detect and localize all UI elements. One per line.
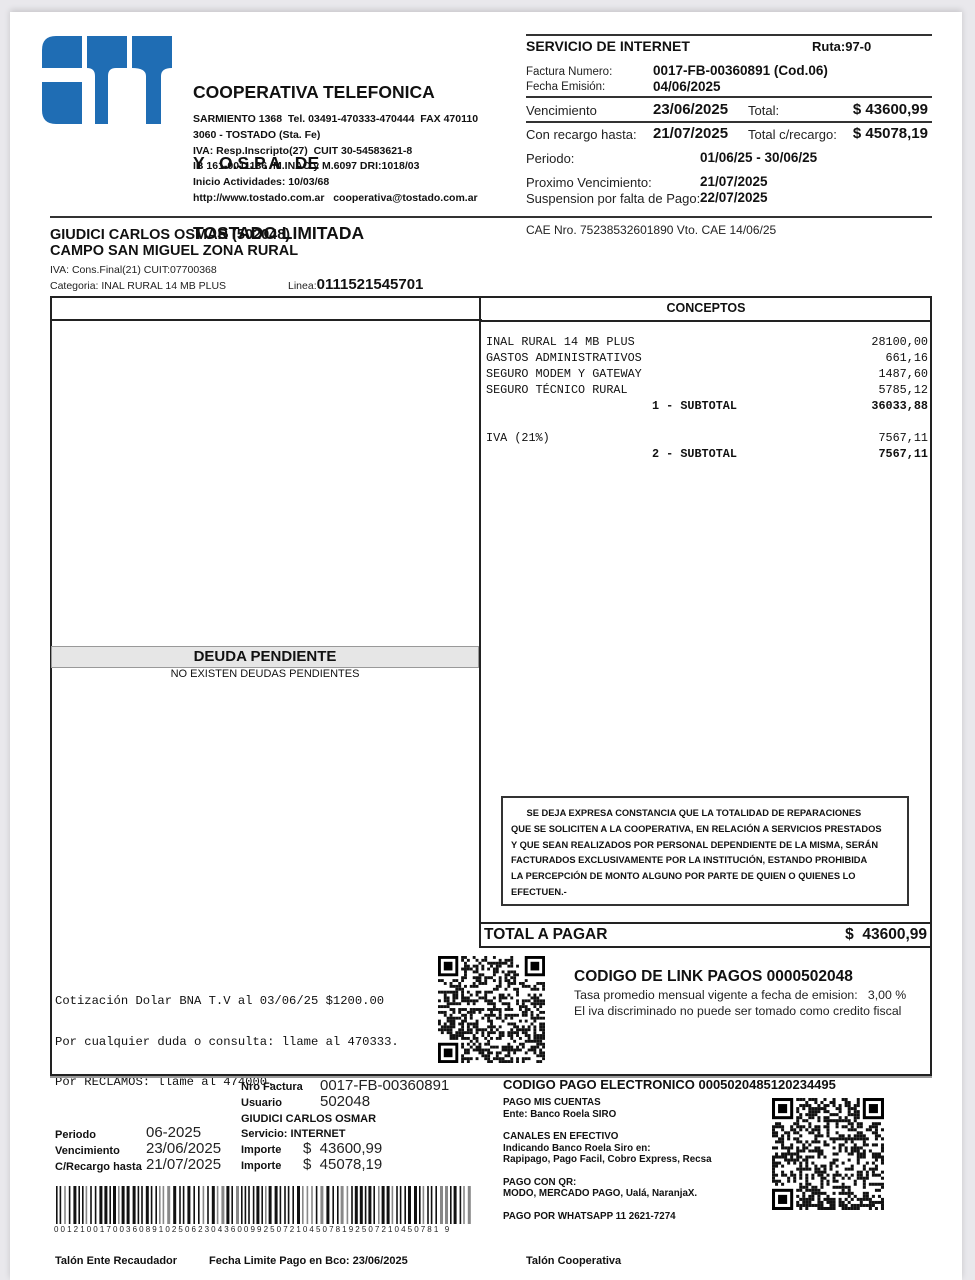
qr-code-icon[interactable] xyxy=(772,1098,884,1210)
qr-pay-title: PAGO CON QR: xyxy=(503,1177,712,1189)
divider xyxy=(479,296,481,948)
total-recargo-label: Total c/recargo: xyxy=(748,127,837,142)
notice-line: FACTURADOS EXCLUSIVAMENTE POR LA INSTITU… xyxy=(511,853,899,869)
concept-label: SEGURO MODEM Y GATEWAY xyxy=(486,366,642,382)
subtotal-value: 36033,88 xyxy=(871,398,928,414)
total-a-pagar-value: $ 43600,99 xyxy=(845,926,927,944)
link-pagos-code: CODIGO DE LINK PAGOS 0000502048 xyxy=(574,968,853,986)
mis-cuentas-text: Ente: Banco Roela SIRO xyxy=(503,1109,712,1121)
concept-amount: 1487,60 xyxy=(878,366,928,382)
stub-recargo-value: 21/07/2025 xyxy=(146,1156,221,1173)
payment-channels: PAGO MIS CUENTAS Ente: Banco Roela SIRO … xyxy=(503,1097,712,1222)
suspension-value: 22/07/2025 xyxy=(700,190,768,205)
divider xyxy=(50,216,932,218)
concept-row: SEGURO TÉCNICO RURAL5785,12 xyxy=(486,382,928,398)
stub-recargo-label: C/Recargo hasta xyxy=(55,1161,142,1173)
stub-periodo-label: Periodo xyxy=(55,1129,96,1141)
company-iva: IVA: Resp.Inscripto(27) CUIT 30-54583621… xyxy=(193,144,478,160)
company-city: 3060 - TOSTADO (Sta. Fe) xyxy=(193,128,478,144)
stub-nro-factura-value: 0017-FB-00360891 xyxy=(320,1077,449,1094)
notice-line: LA PERCEPCIÓN DE MONTO ALGUNO POR PARTE … xyxy=(511,869,899,885)
dolar-quote: Cotización Dolar BNA T.V al 03/06/25 $12… xyxy=(55,995,399,1009)
stub-vencimiento-value: 23/06/2025 xyxy=(146,1140,221,1157)
talon-ente-recaudador: Talón Ente Recaudador xyxy=(55,1255,177,1267)
efectivo-channels: Rapipago, Pago Facil, Cobro Express, Rec… xyxy=(503,1154,712,1166)
stub-importe-value: $ 43600,99 xyxy=(303,1140,382,1157)
total-recargo-value: $ 45078,19 xyxy=(853,125,928,142)
linea: Linea:0111521545701 xyxy=(288,276,423,294)
divider xyxy=(50,319,482,321)
company-info: SARMIENTO 1368 Tel. 03491-470333-470444 … xyxy=(193,112,478,207)
stub-client-name: GIUDICI CARLOS OSMAR xyxy=(241,1113,376,1125)
stub-vencimiento-label: Vencimiento xyxy=(55,1145,120,1157)
divider xyxy=(526,121,932,123)
service-title: SERVICIO DE INTERNET xyxy=(526,38,690,54)
notice-line: Y QUE SEAN REALIZADOS POR PERSONAL DEPEN… xyxy=(511,838,899,854)
vencimiento-label: Vencimiento xyxy=(526,103,597,118)
prox-venc-value: 21/07/2025 xyxy=(700,174,768,189)
stub-importe-recargo-value: $ 45078,19 xyxy=(303,1156,382,1173)
subtotal-value: 7567,11 xyxy=(878,446,928,462)
company-name-line: COOPERATIVA TELEFONICA xyxy=(193,81,435,105)
qr-code-icon[interactable] xyxy=(438,956,545,1063)
codigo-pago-electronico: CODIGO PAGO ELECTRONICO 0005020485120234… xyxy=(503,1077,836,1092)
tasa-promedio: Tasa promedio mensual vigente a fecha de… xyxy=(574,988,906,1004)
client-name: GIUDICI CARLOS OSMAR (502048) xyxy=(50,227,298,243)
iva-row: IVA (21%)7567,11 xyxy=(486,430,928,446)
subtotal-label: 2 - SUBTOTAL xyxy=(486,446,737,462)
company-inicio: Inicio Actividades: 10/03/68 xyxy=(193,175,478,191)
deuda-pendiente-header: DEUDA PENDIENTE xyxy=(51,646,479,668)
subtotal-label: 1 - SUBTOTAL xyxy=(486,398,737,414)
notice-line: QUE SE SOLICITEN A LA COOPERATIVA, EN RE… xyxy=(511,822,899,838)
consulta-phone: Por cualquier duda o consulta: llame al … xyxy=(55,1036,399,1050)
stub-periodo-value: 06-2025 xyxy=(146,1124,201,1141)
fecha-limite-banco: Fecha Limite Pago en Bco: 23/06/2025 xyxy=(209,1255,408,1267)
divider xyxy=(526,96,932,98)
company-web[interactable]: http://www.tostado.com.ar cooperativa@to… xyxy=(193,191,478,207)
efectivo-title: CANALES EN EFECTIVO xyxy=(503,1131,712,1143)
invoice-page: COOPERATIVA TELEFONICA Y O.S.P.A DE TOST… xyxy=(10,12,962,1280)
suspension-label: Suspension por falta de Pago: xyxy=(526,191,700,206)
periodo-label: Periodo: xyxy=(526,151,574,166)
conceptos-list: INAL RURAL 14 MB PLUS28100,00 GASTOS ADM… xyxy=(486,334,928,462)
concept-row: GASTOS ADMINISTRATIVOS661,16 xyxy=(486,350,928,366)
linea-value: 0111521545701 xyxy=(317,276,424,293)
periodo-value: 01/06/25 - 30/06/25 xyxy=(700,150,817,165)
emision-label: Fecha Emisión: xyxy=(526,81,605,93)
concept-label: SEGURO TÉCNICO RURAL xyxy=(486,382,628,398)
prox-venc-label: Proximo Vencimiento: xyxy=(526,175,652,190)
concept-row: SEGURO MODEM Y GATEWAY1487,60 xyxy=(486,366,928,382)
cae: CAE Nro. 75238532601890 Vto. CAE 14/06/2… xyxy=(526,223,776,237)
company-ib: IB 161-0011136 M.INAC y M.6097 DRI:1018/… xyxy=(193,159,478,175)
divider xyxy=(526,34,932,36)
client-iva: IVA: Cons.Final(21) CUIT:07700368 xyxy=(50,264,217,276)
ruta: Ruta:97-0 xyxy=(812,39,871,54)
ctt-logo-icon xyxy=(42,36,172,124)
notice-line: SE DEJA EXPRESA CONSTANCIA QUE LA TOTALI… xyxy=(511,806,899,822)
legal-notice: SE DEJA EXPRESA CONSTANCIA QUE LA TOTALI… xyxy=(501,796,909,906)
subtotal-row: 1 - SUBTOTAL36033,88 xyxy=(486,398,928,414)
conceptos-header: CONCEPTOS xyxy=(480,296,932,322)
stub-usuario-value: 502048 xyxy=(320,1093,370,1110)
iva-note: El iva discriminado no puede ser tomado … xyxy=(574,1004,906,1020)
qr-pay-apps: MODO, MERCADO PAGO, Ualá, NaranjaX. xyxy=(503,1188,712,1200)
recargo-value: 21/07/2025 xyxy=(653,125,728,142)
stub-usuario-label: Usuario xyxy=(241,1097,282,1109)
recargo-label: Con recargo hasta: xyxy=(526,127,637,142)
concept-row: INAL RURAL 14 MB PLUS28100,00 xyxy=(486,334,928,350)
concept-label: GASTOS ADMINISTRATIVOS xyxy=(486,350,642,366)
iva-label: IVA (21%) xyxy=(486,430,550,446)
emision-value: 04/06/2025 xyxy=(653,79,721,94)
concept-amount: 28100,00 xyxy=(871,334,928,350)
barcode-icon xyxy=(54,1186,474,1224)
client-block: GIUDICI CARLOS OSMAR (502048) CAMPO SAN … xyxy=(50,227,298,259)
linea-label: Linea: xyxy=(288,280,317,292)
total-a-pagar-label: TOTAL A PAGAR xyxy=(484,926,607,944)
vencimiento-value: 23/06/2025 xyxy=(653,101,728,118)
stub-servicio: Servicio: INTERNET xyxy=(241,1128,346,1140)
iva-amount: 7567,11 xyxy=(878,430,928,446)
stub-nro-factura-label: Nro Factura xyxy=(241,1081,303,1093)
mis-cuentas-title: PAGO MIS CUENTAS xyxy=(503,1097,712,1109)
talon-cooperativa: Talón Cooperativa xyxy=(526,1255,621,1267)
concept-amount: 5785,12 xyxy=(878,382,928,398)
barcode-number: 0012100170036089102506230436009925072104… xyxy=(54,1225,474,1234)
concept-label: INAL RURAL 14 MB PLUS xyxy=(486,334,635,350)
factura-value: 0017-FB-00360891 (Cod.06) xyxy=(653,63,828,78)
total-value: $ 43600,99 xyxy=(853,101,928,118)
subtotal-row: 2 - SUBTOTAL7567,11 xyxy=(486,446,928,462)
total-label: Total: xyxy=(748,103,779,118)
factura-label: Factura Numero: xyxy=(526,66,612,78)
notice-line: EFECTUEN.- xyxy=(511,885,899,901)
total-a-pagar: TOTAL A PAGAR $ 43600,99 xyxy=(479,922,932,948)
whatsapp-pay[interactable]: PAGO POR WHATSAPP 11 2621-7274 xyxy=(503,1211,712,1223)
concept-amount: 661,16 xyxy=(886,350,928,366)
company-address: SARMIENTO 1368 Tel. 03491-470333-470444 … xyxy=(193,112,478,128)
stub-importe-label: Importe xyxy=(241,1160,281,1172)
client-categoria: Categoria: INAL RURAL 14 MB PLUS xyxy=(50,280,226,292)
efectivo-text: Indicando Banco Roela Siro en: xyxy=(503,1143,712,1155)
link-pagos-info: Tasa promedio mensual vigente a fecha de… xyxy=(574,988,906,1019)
client-address: CAMPO SAN MIGUEL ZONA RURAL xyxy=(50,243,298,259)
deuda-pendiente-text: NO EXISTEN DEUDAS PENDIENTES xyxy=(51,668,479,680)
stub-importe-label: Importe xyxy=(241,1144,281,1156)
